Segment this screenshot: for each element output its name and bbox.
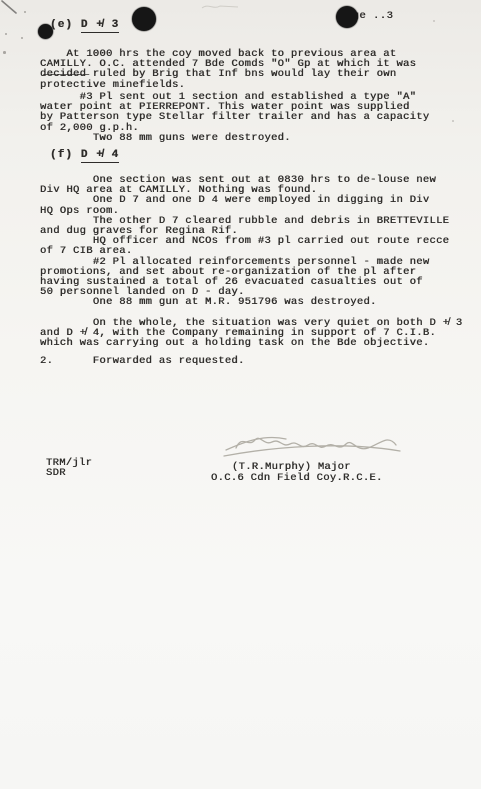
paper-speck (452, 120, 454, 122)
closing-forwarded-line: 2. Forwarded as requested. (40, 356, 245, 366)
section-heading-e: (e) D +̸ 3 (50, 20, 119, 31)
heading-prefix: (f) (50, 149, 81, 161)
typist-initials: TRM/jlr SDR (46, 458, 92, 478)
signatory-name: (T.R.Murphy) Major (232, 462, 351, 472)
heading-term-underlined: D +̸ 4 (81, 149, 120, 163)
corner-pen-mark (0, 0, 24, 26)
paragraph-e-2: #3 Pl sent out 1 section and established… (40, 92, 429, 143)
paper-speck (5, 33, 7, 35)
hole-punch-dot (38, 24, 53, 39)
heading-term-underlined: D +̸ 3 (81, 19, 120, 33)
paragraph-e-1: At 1000 hrs the coy moved back to previo… (40, 49, 416, 90)
faint-scribble-mark (200, 1, 244, 13)
paper-speck (24, 11, 26, 13)
scanned-document-page: Page ..3 (e) D +̸ 3 At 1000 hrs the coy … (0, 0, 481, 789)
signatory-unit: O.C.6 Cdn Field Coy.R.C.E. (211, 473, 383, 483)
paper-speck (3, 51, 6, 54)
paragraph-f-2: On the whole, the situation was very qui… (40, 318, 462, 349)
hole-punch-dot (336, 6, 358, 28)
heading-prefix: (e) (50, 19, 81, 31)
paper-speck (21, 37, 23, 39)
paragraph-f-1: One section was sent out at 0830 hrs to … (40, 175, 449, 308)
hole-punch-dot (132, 7, 156, 31)
section-heading-f: (f) D +̸ 4 (50, 150, 119, 161)
paper-speck (433, 20, 435, 22)
